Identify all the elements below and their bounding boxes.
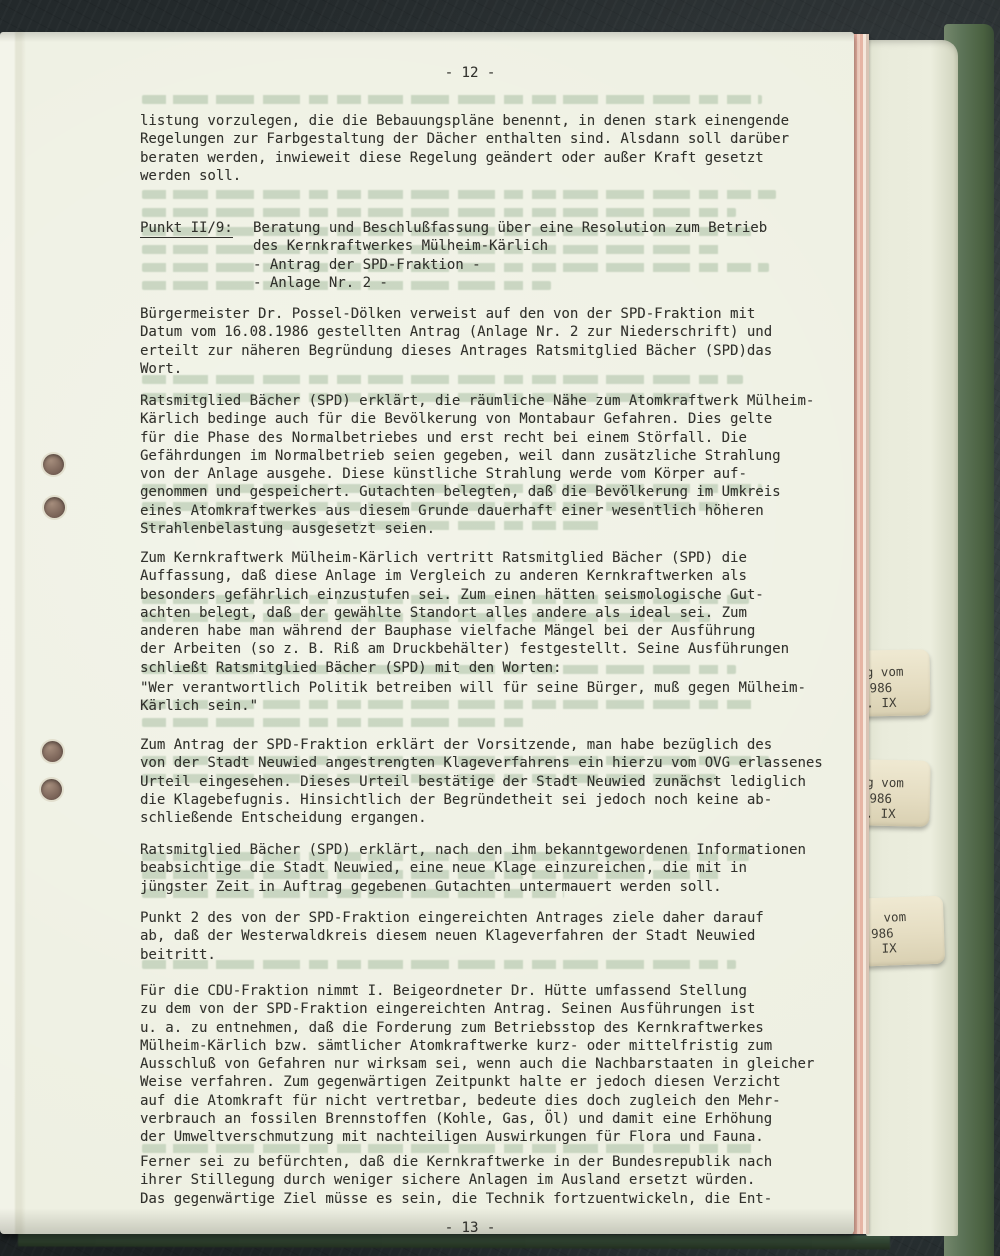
binder-hole (43, 454, 64, 475)
paragraph-neuwied-new-suit: Ratsmitglied Bächer (SPD) erklärt, nach … (140, 841, 840, 896)
document-page: - 12 - listung vorzulegen, die die Bebau… (0, 32, 854, 1234)
agenda-item-title: Beratung und Beschlußfassung über eine R… (253, 219, 840, 292)
quote-baecher: "Wer verantwortlich Politik betreiben wi… (140, 679, 840, 716)
page-number-bottom: - 13 - (140, 1219, 800, 1237)
agenda-item-number: Punkt II/9: (140, 219, 253, 292)
paragraph-ferner: Ferner sei zu befürchten, daß die Kernkr… (140, 1153, 840, 1208)
show-through-text (142, 95, 802, 113)
tab-label-line: IX (865, 939, 944, 957)
underlying-pages-stack (866, 40, 958, 1236)
paragraph-baecher-plant-assessment: Zum Kernkraftwerk Mülheim-Kärlich vertri… (140, 549, 840, 677)
paragraph-baecher-radiation: Ratsmitglied Bächer (SPD) erklärt, die r… (140, 392, 840, 538)
paragraph-mayor-statement: Bürgermeister Dr. Possel-Dölken verweist… (140, 305, 840, 378)
page-number-top: - 12 - (140, 64, 800, 82)
index-tab: vom 986 IX (864, 896, 945, 967)
binder-hole (41, 779, 62, 800)
binder-hole (44, 497, 65, 518)
agenda-item-heading: Punkt II/9: Beratung und Beschlußfassung… (140, 219, 840, 292)
paragraph-carryover: listung vorzulegen, die die Bebauungsplä… (140, 112, 840, 185)
paragraph-cdu-response: Für die CDU-Fraktion nimmt I. Beigeordne… (140, 982, 840, 1147)
paragraph-chairman-lawsuit: Zum Antrag der SPD-Fraktion erklärt der … (140, 736, 840, 827)
binder-hole (42, 741, 63, 762)
paragraph-punkt2-aim: Punkt 2 des von der SPD-Fraktion eingere… (140, 909, 840, 964)
